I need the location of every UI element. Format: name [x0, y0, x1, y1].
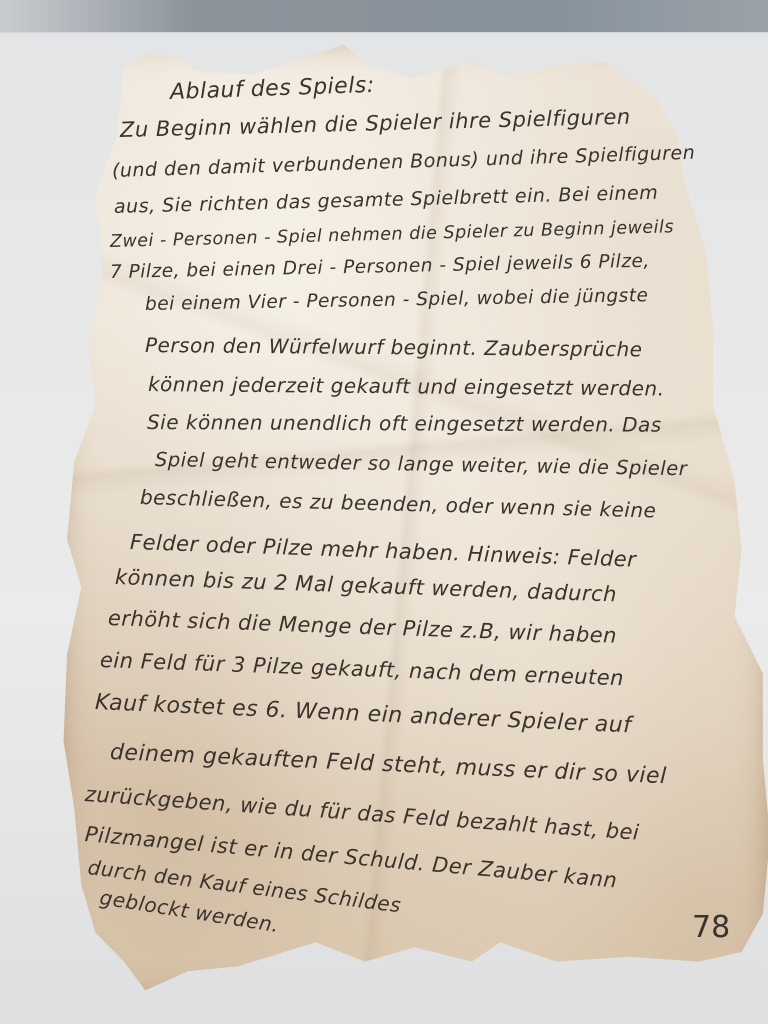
page-number: 78 [692, 910, 730, 945]
text-line-8: können jederzeit gekauft und eingesetzt … [148, 372, 665, 401]
text-line-7: Person den Würfelwurf beginnt. Zauberspr… [145, 333, 643, 361]
text-line-9: Sie können unendlich oft eingesetzt werd… [147, 410, 662, 437]
background-shadow [0, 0, 768, 32]
